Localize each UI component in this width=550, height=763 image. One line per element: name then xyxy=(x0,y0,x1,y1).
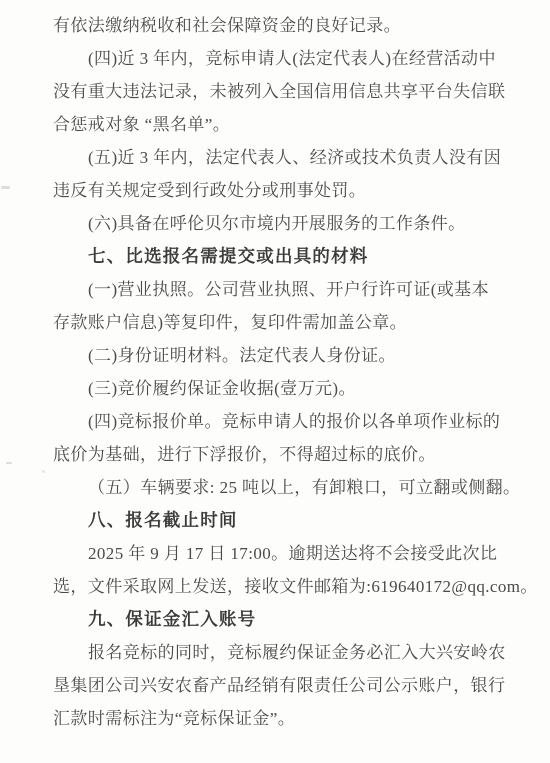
text-line: (四)竞标报价单。竞标申请人的报价以各单项作业标的 xyxy=(53,405,550,438)
text-line: 没有重大违法记录，未被列入全国信用信息共享平台失信联 xyxy=(53,75,550,108)
text-line: (三)竞价履约保证金收据(壹万元)。 xyxy=(53,372,550,405)
text-line: （五）车辆要求: 25 吨以上，有卸粮口，可立翻或侧翻。 xyxy=(53,471,550,504)
text-line: (六)具备在呼伦贝尔市境内开展服务的工作条件。 xyxy=(53,207,550,240)
text-line: 底价为基础，进行下浮报价，不得超过标的底价。 xyxy=(53,438,550,471)
document-page: 有依法缴纳税收和社会保障资金的良好记录。 (四)近 3 年内，竞标申请人(法定代… xyxy=(0,0,550,763)
text-line: 选，文件采取网上发送，接收文件邮箱为:619640172@qq.com。 xyxy=(53,570,550,603)
text-line: 报名竞标的同时，竞标履约保证金务必汇入大兴安岭农 xyxy=(53,636,550,669)
text-line: (二)身份证明材料。法定代表人身份证。 xyxy=(53,339,550,372)
text-line: 垦集团公司兴安农畜产品经销有限责任公司公示账户，银行 xyxy=(53,669,550,702)
text-line: (五)近 3 年内，法定代表人、经济或技术负责人没有因 xyxy=(53,141,550,174)
text-line: 合惩戒对象 “黑名单”。 xyxy=(53,108,550,141)
text-line: 存款账户信息)等复印件，复印件需加盖公章。 xyxy=(53,306,550,339)
section-heading-materials: 七、比选报名需提交或出具的材料 xyxy=(53,240,550,273)
text-line: 违反有关规定受到行政处分或刑事处罚。 xyxy=(53,174,550,207)
scan-artifact xyxy=(1,186,10,189)
scan-artifact xyxy=(42,470,45,473)
section-heading-deposit-account: 九、保证金汇入账号 xyxy=(53,603,550,636)
text-line: 汇款时需标注为“竞标保证金”。 xyxy=(53,702,550,735)
scan-artifact xyxy=(6,462,12,464)
text-line: (四)近 3 年内，竞标申请人(法定代表人)在经营活动中 xyxy=(53,42,550,75)
text-line: 有依法缴纳税收和社会保障资金的良好记录。 xyxy=(53,9,550,42)
text-line: 2025 年 9 月 17 日 17:00。逾期送达将不会接受此次比 xyxy=(53,537,550,570)
section-heading-deadline: 八、报名截止时间 xyxy=(53,504,550,537)
text-line: (一)营业执照。公司营业执照、开户行许可证(或基本 xyxy=(53,273,550,306)
